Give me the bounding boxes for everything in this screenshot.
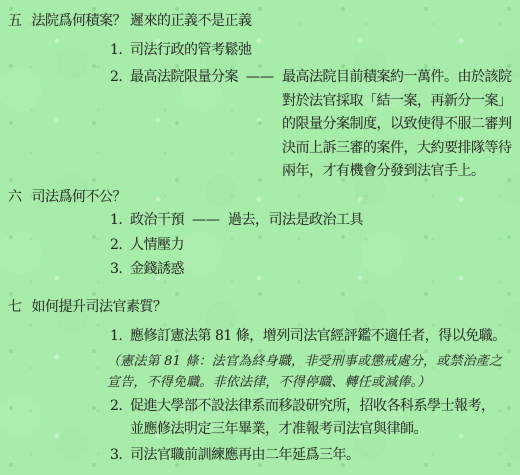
section-heading: 五 法院爲何積案？ 遲來的正義不是正義 (8, 10, 520, 34)
constitution-article-note: （憲法第 81 條：法官為終身職，非受刑事或懲戒處分，或禁治產之宣告，不得免職。… (107, 351, 505, 393)
item-number: 2. (110, 234, 130, 258)
item-number: 2. (110, 66, 130, 90)
item-number: 2. (110, 395, 130, 419)
item-detail: 過去，司法是政治工具 (228, 209, 363, 233)
item-lead: 最高法院限量分案 (130, 66, 238, 90)
item-text: 應修訂憲法第 81 條，增列司法官經評鑑不適任者，得以免職。 (130, 325, 520, 349)
item-detail: 最高法院目前積案約一萬件。由於該院對於法官採取「結一案，再新分一案」的限量分案制… (282, 66, 516, 184)
item-number: 3. (110, 258, 130, 282)
list-item: 2. 最高法院限量分案 —— 最高法院目前積案約一萬件。由於該院對於法官採取「結… (110, 66, 520, 184)
em-dash-connector: —— (246, 66, 274, 90)
section-items: 1. 司法行政的管考鬆弛 2. 最高法院限量分案 —— 最高法院目前積案約一萬件… (110, 39, 520, 184)
item-text-column: 應修訂憲法第 81 條，增列司法官經評鑑不適任者，得以免職。 （憲法第 81 條… (130, 325, 520, 393)
list-item: 1. 應修訂憲法第 81 條，增列司法官經評鑑不適任者，得以免職。 （憲法第 8… (110, 325, 520, 393)
list-item: 2. 人情壓力 (110, 234, 520, 258)
item-text: 司法行政的管考鬆弛 (130, 39, 252, 63)
list-item: 1. 司法行政的管考鬆弛 (110, 39, 520, 63)
em-dash-connector: —— (192, 209, 220, 233)
section-number: 六 (8, 186, 22, 210)
section-court-backlog: 五 法院爲何積案？ 遲來的正義不是正義 1. 司法行政的管考鬆弛 2. 最高法院… (8, 10, 520, 184)
item-text: 促進大學部不設法律系而移設研究所，招收各科系學士報考，並應修法明定三年畢業，才准… (130, 395, 502, 442)
item-number: 1. (110, 209, 130, 233)
item-text: 人情壓力 (130, 234, 184, 258)
section-heading: 七 如何提升司法官素質？ (8, 296, 520, 320)
item-number: 1. (110, 325, 130, 349)
item-text: 金錢誘惑 (130, 258, 184, 282)
item-text: 司法官職前訓練應再由二年延爲三年。 (130, 444, 360, 468)
section-number: 五 (8, 10, 22, 34)
list-item: 1. 政治干預 —— 過去，司法是政治工具 (110, 209, 520, 233)
scanned-document-page: 五 法院爲何積案？ 遲來的正義不是正義 1. 司法行政的管考鬆弛 2. 最高法院… (0, 0, 520, 475)
section-title: 司法爲何不公？ (32, 186, 127, 210)
section-heading: 六 司法爲何不公？ (8, 186, 520, 210)
item-number: 1. (110, 39, 130, 63)
section-number: 七 (8, 296, 22, 320)
item-number: 3. (110, 444, 130, 468)
section-judge-quality: 七 如何提升司法官素質？ 1. 應修訂憲法第 81 條，增列司法官經評鑑不適任者… (8, 296, 520, 468)
list-item: 3. 金錢誘惑 (110, 258, 520, 282)
list-item: 3. 司法官職前訓練應再由二年延爲三年。 (110, 444, 520, 468)
section-items: 1. 應修訂憲法第 81 條，增列司法官經評鑑不適任者，得以免職。 （憲法第 8… (110, 325, 520, 467)
section-judicial-unfairness: 六 司法爲何不公？ 1. 政治干預 —— 過去，司法是政治工具 2. 人情壓力 … (8, 186, 520, 282)
section-title: 如何提升司法官素質？ (32, 296, 167, 320)
item-lead: 政治干預 (130, 209, 184, 233)
section-items: 1. 政治干預 —— 過去，司法是政治工具 2. 人情壓力 3. 金錢誘惑 (110, 209, 520, 282)
section-title: 法院爲何積案？ 遲來的正義不是正義 (32, 10, 252, 34)
list-item: 2. 促進大學部不設法律系而移設研究所，招收各科系學士報考，並應修法明定三年畢業… (110, 395, 520, 442)
